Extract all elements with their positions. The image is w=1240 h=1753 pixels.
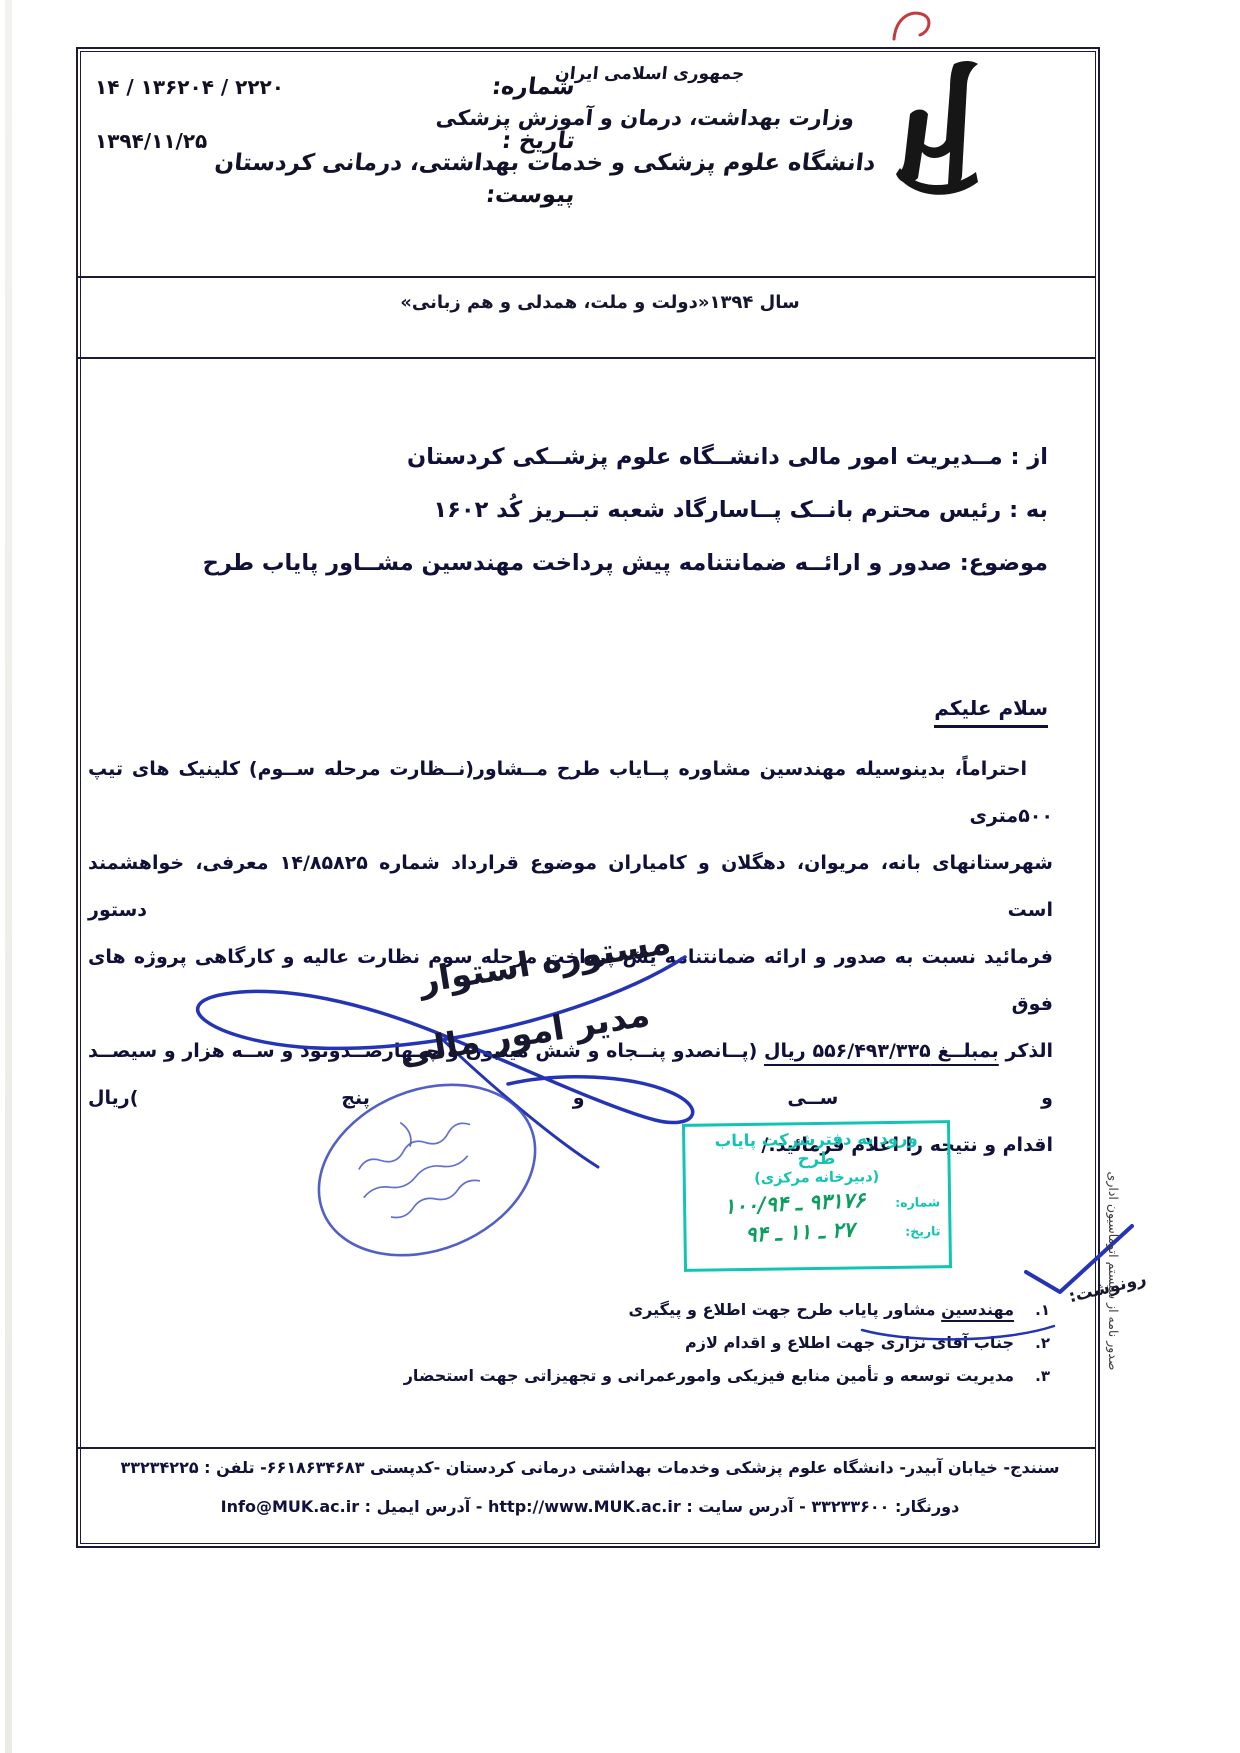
body-line-1: احتراماً، بدینوسیله مهندسین مشاوره پــای… (88, 746, 1053, 840)
entry-stamp-box: ورود به دفترشرکت پایاب طرح (دبیرخانه مرک… (682, 1120, 952, 1272)
entry-stamp-subtitle: (دبیرخانه مرکزی) (694, 1168, 940, 1187)
letterhead-meta-block: شماره: ۲۲۲۰ / ۱۳۶۲۰۴ / ۱۴ تاریخ : ۱۳۹۴/۱… (95, 74, 575, 236)
to-line: به : رئیس محترم بانــک پــاسارگاد شعبه ت… (433, 497, 1048, 523)
scanner-edge-streak (5, 0, 12, 1753)
letter-number-value: ۲۲۲۰ / ۱۳۶۲۰۴ / ۱۴ (95, 75, 284, 99)
from-line: از : مــدیریت امور مالی دانشــگاه علوم پ… (407, 444, 1048, 470)
letter-attachment-row: پیوست: (95, 182, 575, 208)
header-divider-line (77, 276, 1095, 278)
footer-divider-line (77, 1447, 1095, 1449)
cc-item-1-rest: مشاور پایاب طرح جهت اطلاع و پیگیری (628, 1300, 941, 1319)
letter-number-label: شماره: (491, 74, 577, 100)
to-text: رئیس محترم بانــک پــاسارگاد شعبه تبــری… (433, 497, 1001, 523)
slogan-divider-line (77, 357, 1095, 359)
from-text: مــدیریت امور مالی دانشــگاه علوم پزشــک… (407, 444, 1003, 470)
cc-item-3: ۳. مدیریت توسعه و تأمین منابع فیزیکی وام… (330, 1366, 1050, 1385)
iran-emblem-icon (888, 58, 988, 198)
entry-stamp-date-label: تاریخ: (905, 1223, 941, 1238)
letter-date-row: تاریخ : ۱۳۹۴/۱۱/۲۵ (95, 128, 575, 154)
subject-text: صدور و ارائــه ضمانتنامه پیش پرداخت مهند… (203, 550, 952, 576)
entry-stamp-date-row: تاریخ: ۲۷ ـ ۱۱ ـ ۹۴ (694, 1218, 940, 1245)
footer-address-line: سنندج- خیابان آبیدر- دانشگاه علوم پزشکی … (100, 1458, 1080, 1477)
letter-date-label: تاریخ : (500, 128, 576, 154)
body-line-4-pre: الذکر (999, 1040, 1053, 1062)
salutation: سلام علیکم (934, 696, 1048, 728)
letter-attachment-label: پیوست: (485, 182, 577, 208)
entry-stamp-title: ورود به دفترشرکت پایاب طرح (693, 1128, 940, 1169)
from-label: از : (1011, 444, 1049, 470)
cc-item-1: ۱. مهندسین مشاور پایاب طرح جهت اطلاع و پ… (330, 1300, 1050, 1319)
body-line-2: شهرستانهای بانه، مریوان، دهگلان و کامیار… (88, 840, 1053, 934)
red-pen-mark (890, 5, 938, 47)
round-office-stamp (292, 1052, 562, 1292)
cc-list: ۱. مهندسین مشاور پایاب طرح جهت اطلاع و پ… (330, 1300, 1050, 1399)
underline-swoosh (856, 1318, 1060, 1346)
automation-side-note: صدور نامه از سیستم اتوماسیون اداری (1106, 1056, 1121, 1486)
footer-contact-line: دورنگار: ۳۳۲۳۳۶۰۰ - آدرس سایت : http://w… (100, 1497, 1080, 1516)
entry-stamp-number-row: شماره: ۹۳۱۷۶ ـ ۱۰۰/۹۴ (694, 1189, 940, 1216)
entry-stamp-number-value: ۹۳۱۷۶ ـ ۱۰۰/۹۴ (694, 1186, 896, 1220)
year-slogan: سال ۱۳۹۴«دولت و ملت، همدلی و هم زبانی» (220, 292, 980, 313)
letter-number-row: شماره: ۲۲۲۰ / ۱۳۶۲۰۴ / ۱۴ (95, 74, 575, 100)
entry-stamp-date-value: ۲۷ ـ ۱۱ ـ ۹۴ (694, 1215, 906, 1249)
subject-label: موضوع: (960, 550, 1048, 576)
cc-item-3-number: ۳. (1014, 1367, 1050, 1385)
subject-line: موضوع: صدور و ارائــه ضمانتنامه پیش پردا… (203, 550, 1048, 576)
cc-item-3-text: مدیریت توسعه و تأمین منابع فیزیکی وامورع… (404, 1366, 1014, 1385)
cc-item-1-lead: مهندسین (941, 1300, 1014, 1319)
entry-stamp-number-label: شماره: (895, 1194, 940, 1210)
scanned-letter-page: { "letterhead": { "country": "جمهوری اسل… (0, 0, 1240, 1753)
guarantee-amount: بمبلــغ ۵۵۶/۴۹۳/۳۳۵ ریال (764, 1040, 999, 1062)
to-label: به : (1009, 497, 1048, 523)
cc-item-1-text: مهندسین مشاور پایاب طرح جهت اطلاع و پیگی… (628, 1300, 1014, 1319)
cc-item-1-number: ۱. (1014, 1301, 1050, 1319)
letter-date-value: ۱۳۹۴/۱۱/۲۵ (95, 129, 207, 153)
